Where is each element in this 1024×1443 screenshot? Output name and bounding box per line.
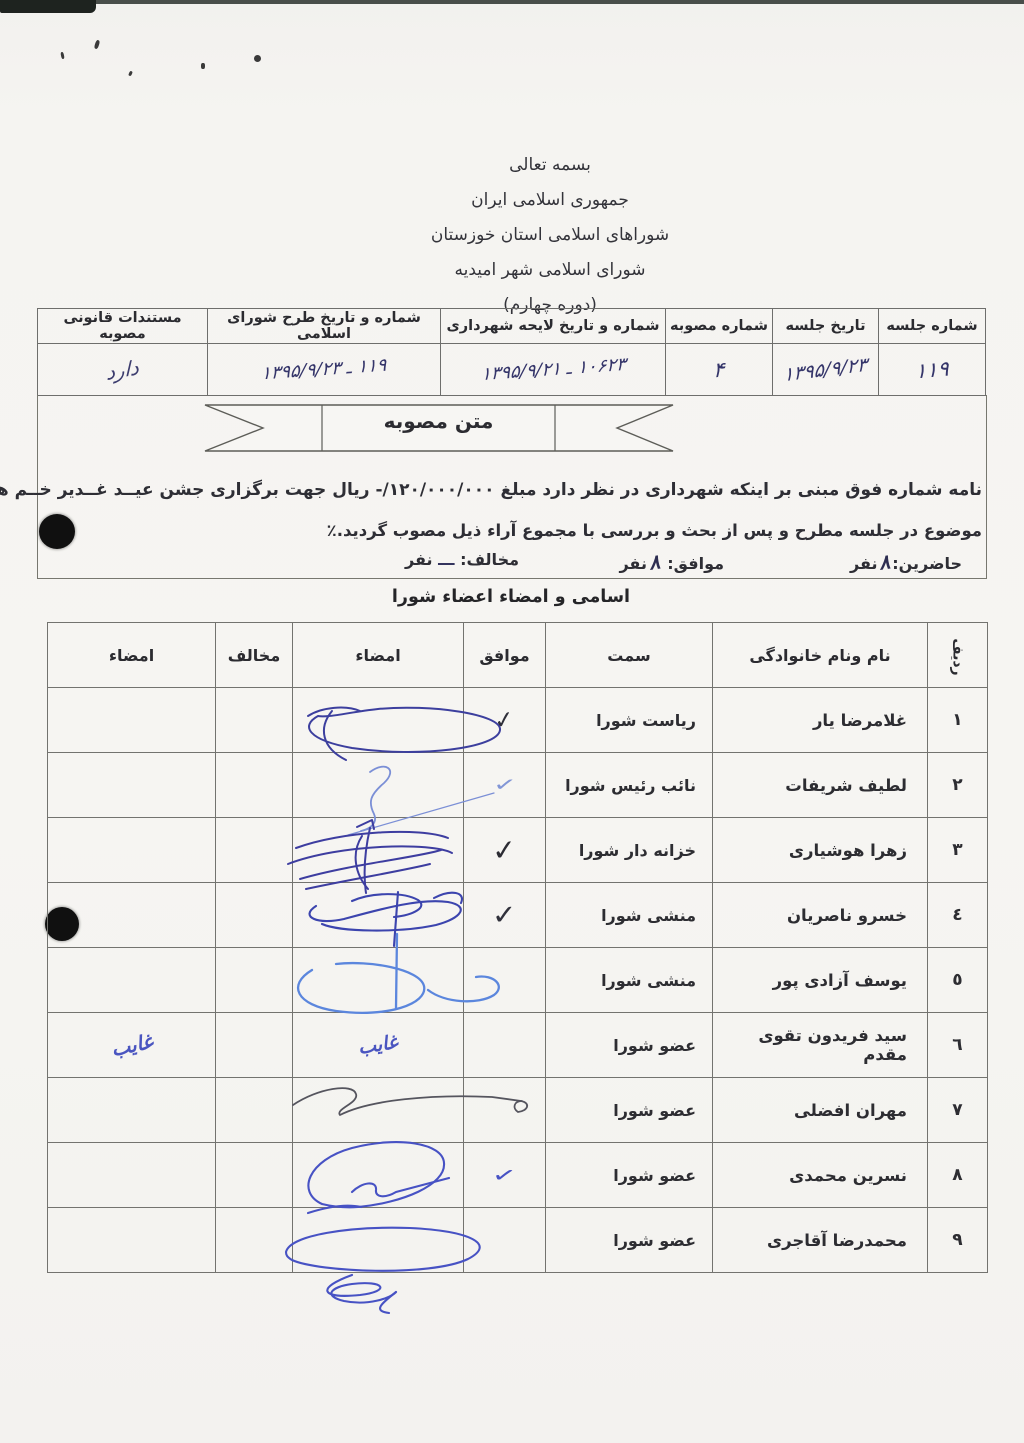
member-row-2: ۲ لطیف شریفات نائب رئیس شورا ✓ <box>48 753 988 818</box>
absent-note-row-6: غایب <box>357 1031 400 1059</box>
agree-count: موافق: ۸نفر <box>619 550 724 574</box>
agree-check-row-1: ✓ <box>493 705 517 736</box>
oppose-cell <box>216 753 293 818</box>
resolution-line-1: نامه شماره فوق مبنی بر اینکه شهرداری در … <box>42 480 982 500</box>
members-section-title: اسامی و امضاء اعضاء شورا <box>37 587 985 607</box>
signature-cell-left <box>48 753 216 818</box>
signature-cell <box>293 753 464 818</box>
oppose-cell <box>216 1208 293 1273</box>
oppose-cell <box>216 1013 293 1078</box>
member-row-8: ۸ نسرین محمدی عضو شورا ✓ <box>48 1143 988 1208</box>
col-agree: موافق <box>464 623 546 688</box>
oppose-unit: نفر <box>405 550 432 569</box>
resolution-line-2: موضوع در جلسه مطرح و پس از بحث و بررسی ب… <box>42 521 982 540</box>
oppose-cell <box>216 948 293 1013</box>
col-full-name: نام ونام خانوادگی <box>713 623 928 688</box>
member-row-6: ٦ سید فریدون تقوی مقدم عضو شورا غایب غای… <box>48 1013 988 1078</box>
oppose-cell <box>216 818 293 883</box>
member-row-5: ٥ یوسف آزادی پور منشی شورا <box>48 948 988 1013</box>
resolution-banner-ribbon <box>0 0 1024 470</box>
agree-check-row-2: ✓ <box>492 773 517 797</box>
col-oppose: مخالف <box>216 623 293 688</box>
signature-cell-left <box>48 948 216 1013</box>
member-row-1: ۱ غلامرضا یار ریاست شورا ✓ <box>48 688 988 753</box>
signature-cell <box>293 1208 464 1273</box>
signature-cell <box>293 1078 464 1143</box>
banner-title: متن مصوبه <box>322 409 555 433</box>
signature-cell-left <box>48 1208 216 1273</box>
member-row-4: ٤ خسرو ناصریان منشی شورا ✓ <box>48 883 988 948</box>
oppose-count: مخالف: ـــ نفر <box>405 550 519 569</box>
amount-rials: -/۱۲۰/۰۰۰/۰۰۰ <box>375 480 494 500</box>
oppose-label: مخالف: <box>460 550 519 569</box>
signature-cell <box>293 688 464 753</box>
agree-unit: نفر <box>619 554 646 573</box>
signature-cell <box>293 883 464 948</box>
agree-check-row-3: ✓ <box>491 832 518 868</box>
col-position: سمت <box>546 623 713 688</box>
present-value-handwriting: ۸ <box>876 549 894 575</box>
scanned-council-resolution-page: بسمه تعالی جمهوری اسلامی ایران شوراهای ا… <box>0 0 1024 1443</box>
present-unit: نفر <box>850 554 877 573</box>
member-row-3: ۳ زهرا هوشیاری خزانه دار شورا ✓ <box>48 818 988 883</box>
agree-label: موافق: <box>667 554 724 573</box>
col-signature: امضاء <box>293 623 464 688</box>
col-signature-2: امضاء <box>48 623 216 688</box>
oppose-value-dash: ـــ <box>438 550 454 569</box>
signature-cell-left <box>48 1078 216 1143</box>
oppose-cell <box>216 883 293 948</box>
oppose-cell <box>216 1078 293 1143</box>
absent-note-left-row-6: غایب <box>109 1029 155 1061</box>
agree-check-row-8: ✓ <box>491 1162 519 1188</box>
members-signature-table: ردیف نام ونام خانوادگی سمت موافق امضاء م… <box>47 622 988 1273</box>
signature-cell <box>293 818 464 883</box>
agree-check-row-4: ✓ <box>492 899 518 931</box>
members-header-row: ردیف نام ونام خانوادگی سمت موافق امضاء م… <box>48 623 988 688</box>
agree-value-handwriting: ۸ <box>645 549 663 575</box>
member-row-9: ۹ محمدرضا آقاجری عضو شورا <box>48 1208 988 1273</box>
signature-cell-left <box>48 883 216 948</box>
signature-cell <box>293 948 464 1013</box>
col-row-no: ردیف <box>928 623 988 688</box>
signature-cell-left <box>48 688 216 753</box>
present-label: حاضرین: <box>892 554 962 573</box>
resolution-line1-after: ریال جهت برگزاری جشن عیــد غــدیر خــم ه… <box>0 480 370 500</box>
oppose-cell <box>216 1143 293 1208</box>
signature-cell-left <box>48 818 216 883</box>
resolution-line1-before: نامه شماره فوق مبنی بر اینکه شهرداری در … <box>500 480 982 500</box>
signature-cell <box>293 1143 464 1208</box>
oppose-cell <box>216 688 293 753</box>
member-row-7: ۷ مهران افضلی عضو شورا <box>48 1078 988 1143</box>
present-count: حاضرین:۸نفر <box>850 550 962 574</box>
signature-cell-left <box>48 1143 216 1208</box>
